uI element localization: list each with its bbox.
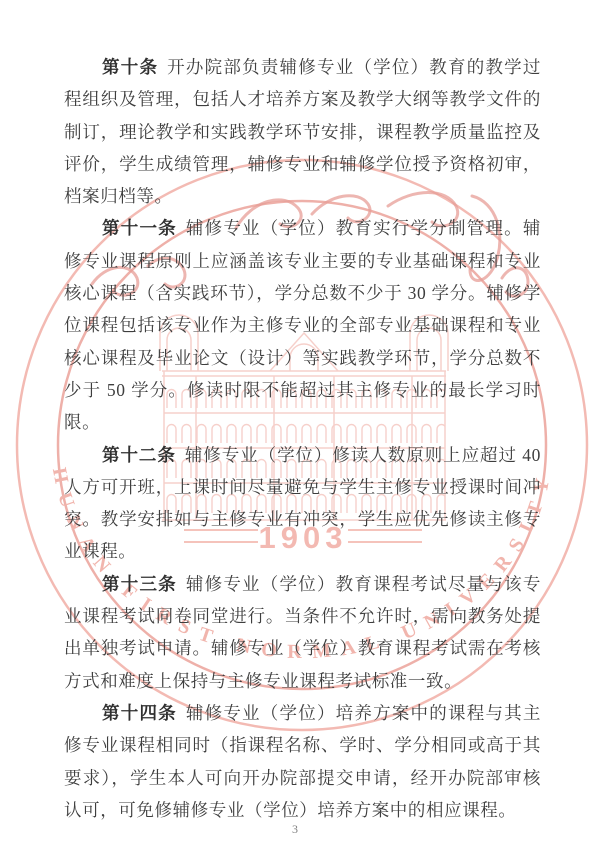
article-10-paragraph: 第十条开办院部负责辅修专业（学位）教育的教学过程组织及管理，包括人才培养方案及教… xyxy=(64,51,541,212)
document-page: HUNAN FIRST NORMAL UNIVERSITY xyxy=(0,0,590,867)
article-10-text: 开办院部负责辅修专业（学位）教育的教学过程组织及管理，包括人才培养方案及教学大纲… xyxy=(64,57,541,206)
article-12-number: 第十二条 xyxy=(102,445,185,465)
article-14-paragraph: 第十四条辅修专业（学位）培养方案中的课程与其主修专业课程相同时（指课程名称、学时… xyxy=(64,697,541,826)
article-11-text: 辅修专业（学位）教育实行学分制管理。辅修专业课程原则上应涵盖该专业主要的专业基础… xyxy=(64,218,541,432)
article-13-number: 第十三条 xyxy=(102,574,186,594)
document-body: 第十条开办院部负责辅修专业（学位）教育的教学过程组织及管理，包括人才培养方案及教… xyxy=(64,51,541,826)
article-10-number: 第十条 xyxy=(102,57,167,77)
article-14-number: 第十四条 xyxy=(102,703,186,723)
page-number: 3 xyxy=(0,822,590,837)
article-11-paragraph: 第十一条辅修专业（学位）教育实行学分制管理。辅修专业课程原则上应涵盖该专业主要的… xyxy=(64,212,541,438)
article-11-number: 第十一条 xyxy=(102,218,186,238)
article-12-paragraph: 第十二条辅修专业（学位）修读人数原则上应超过 40 人方可开班，上课时间尽量避免… xyxy=(64,439,541,568)
article-13-paragraph: 第十三条辅修专业（学位）教育课程考试尽量与该专业课程考试同卷同堂进行。当条件不允… xyxy=(64,568,541,697)
